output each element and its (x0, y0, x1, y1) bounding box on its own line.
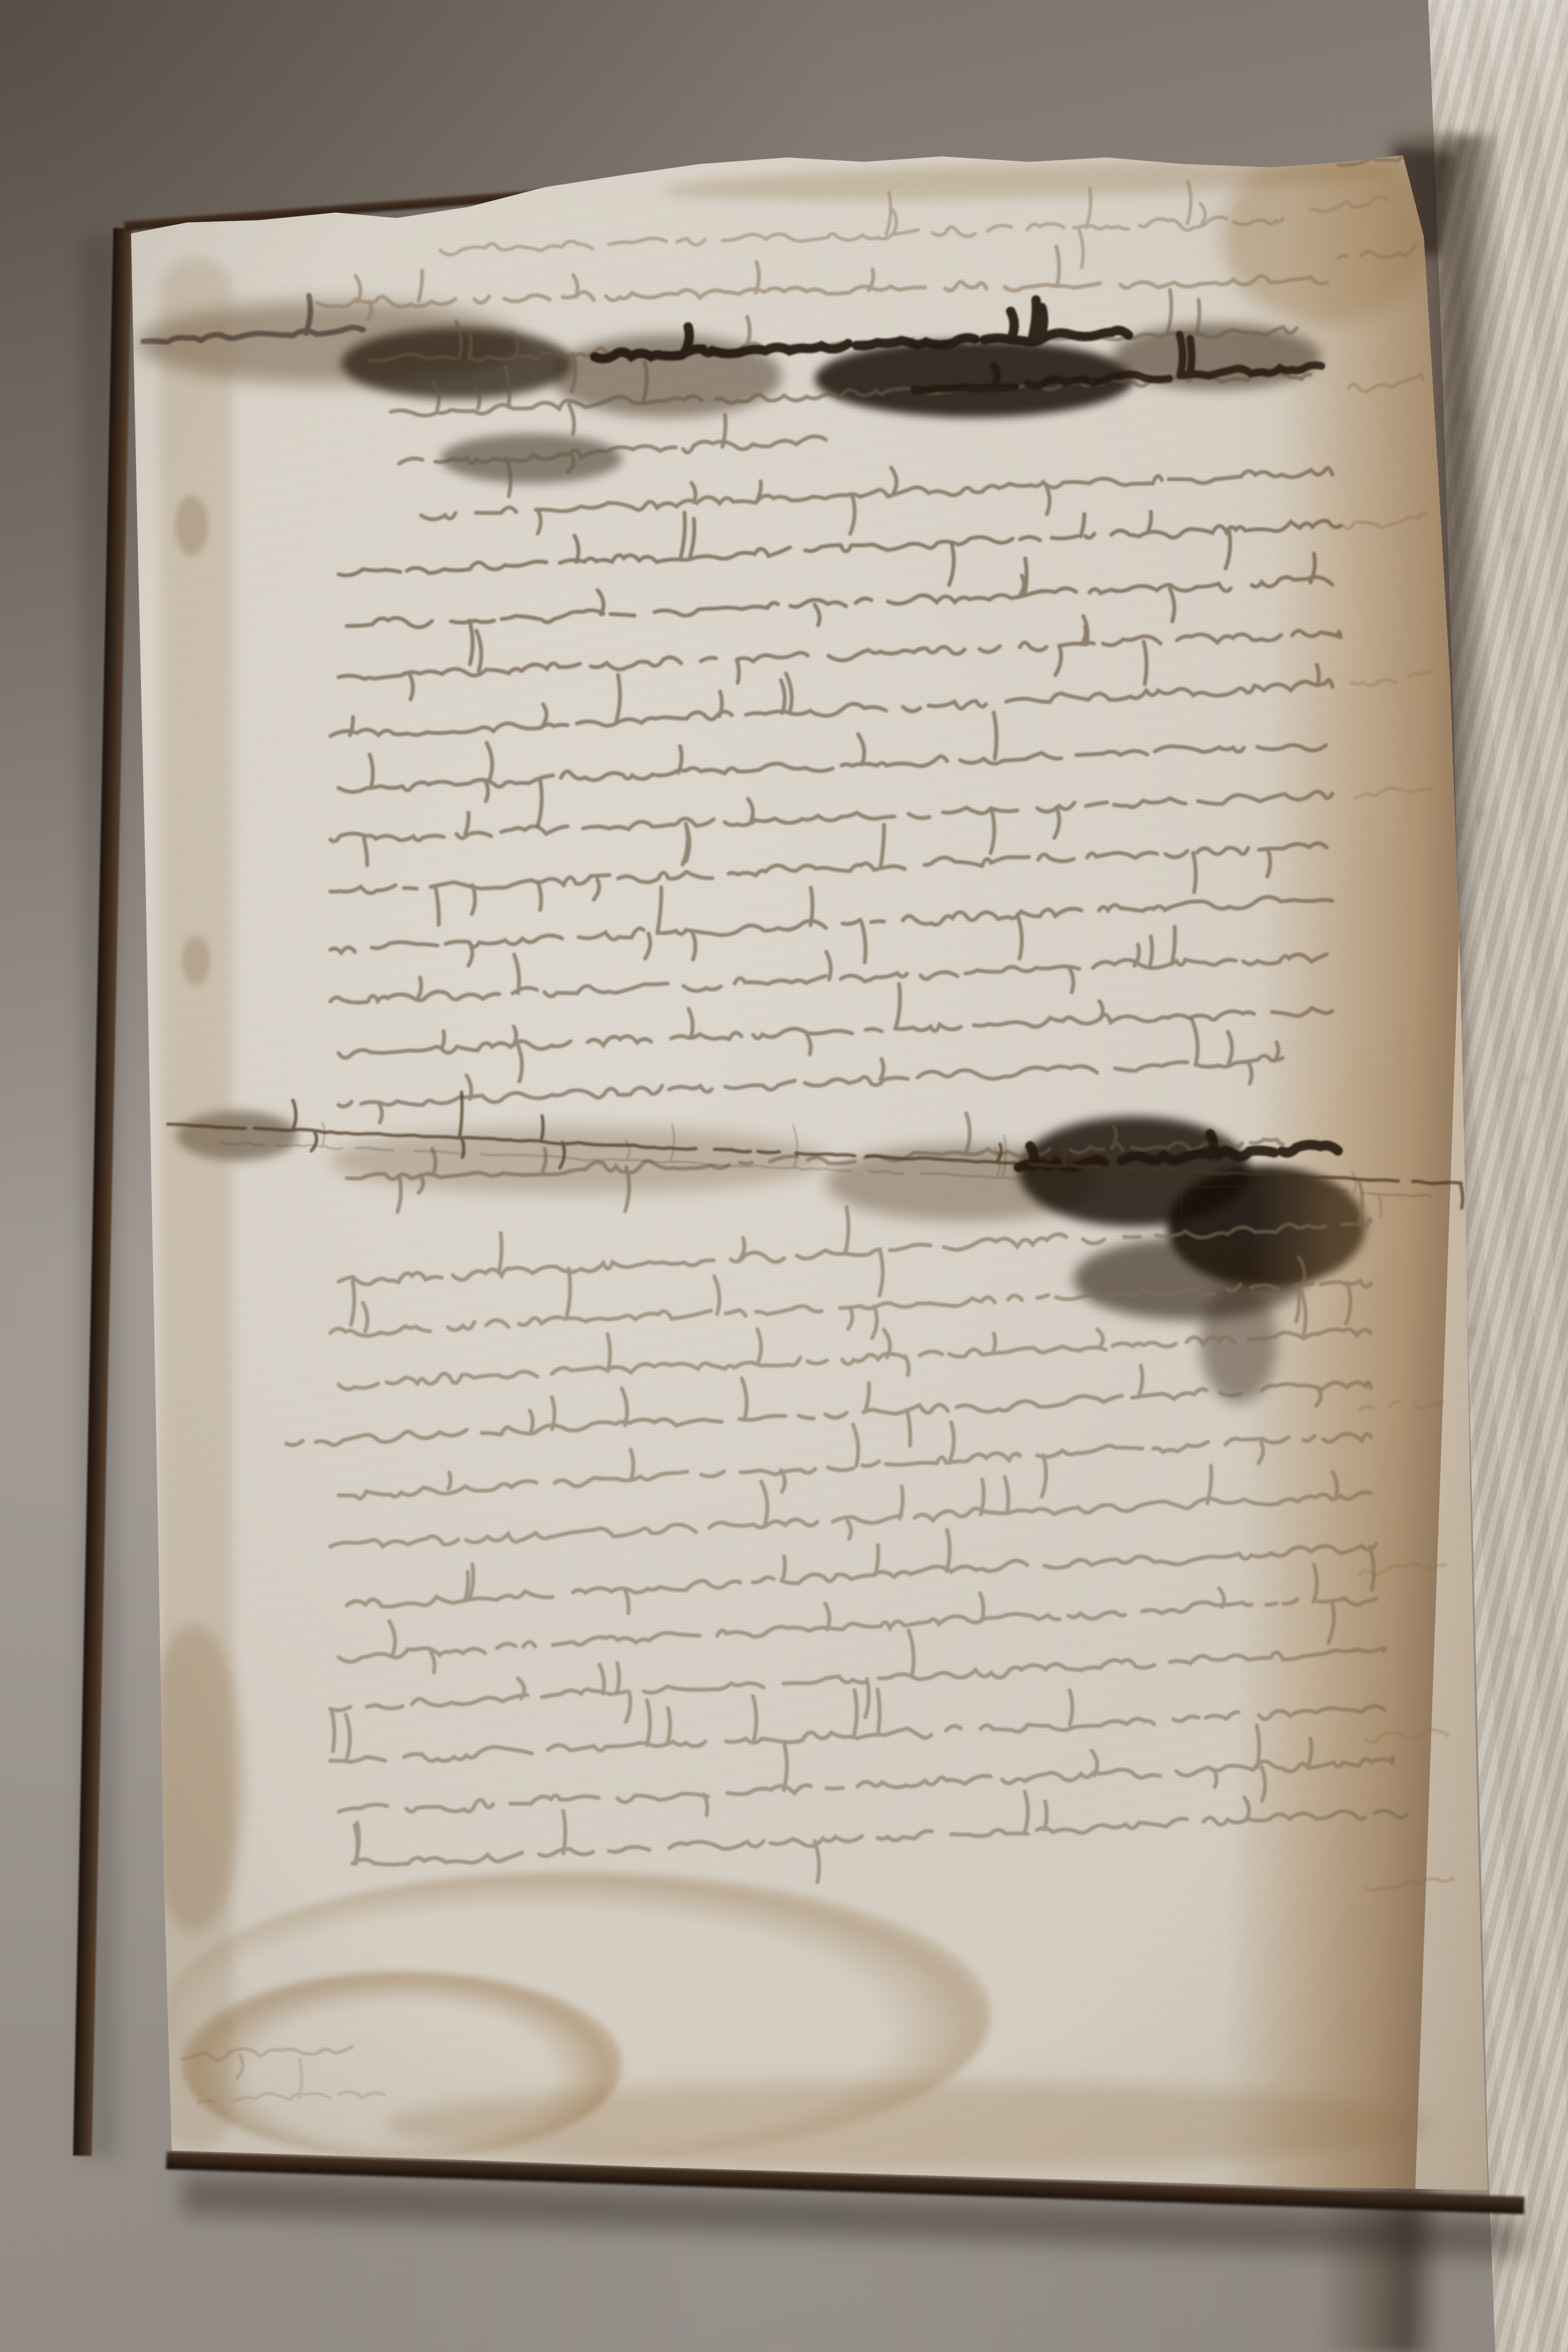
photograph-of-manuscript: Handwritten Latin manuscript leaf; upper… (0, 0, 1568, 2352)
manuscript-page (0, 0, 1568, 2352)
vignette (0, 0, 1568, 2352)
photo-caption: Handwritten Latin manuscript leaf; upper… (0, 0, 1, 1)
